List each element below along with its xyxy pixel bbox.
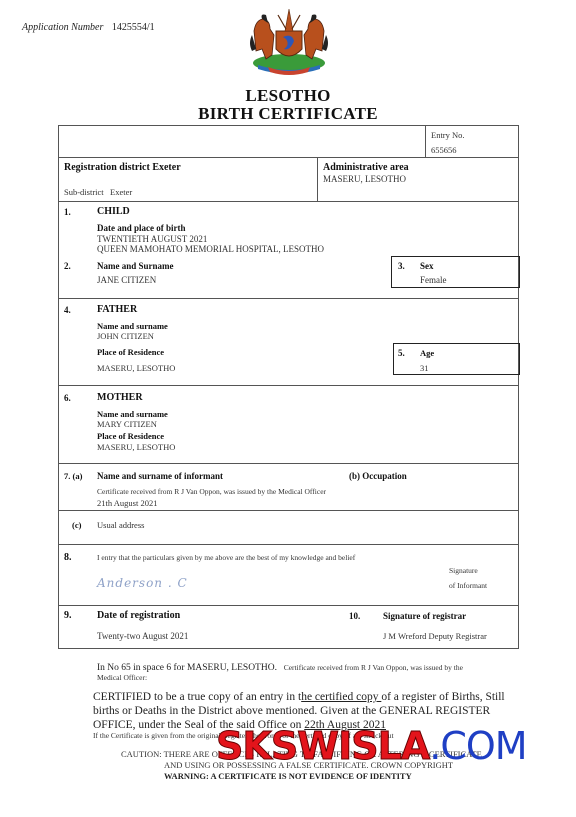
mother-number: 6. (64, 393, 71, 403)
informant-number: 7. (a) (64, 471, 82, 481)
registrar-label: Signature of registrar (383, 611, 466, 621)
registrar-number: 10. (349, 611, 360, 621)
child-name-label: Name and Surname (97, 261, 174, 271)
registration-date-value: Twenty-two August 2021 (97, 631, 188, 641)
entry-value: 655656 (431, 145, 457, 155)
signature-label-1: Signature (449, 566, 478, 575)
declaration-number: 8. (64, 552, 72, 563)
father-residence-label: Place of Residence (97, 347, 164, 357)
document-title: BIRTH CERTIFICATE (0, 104, 576, 124)
age-label: Age (420, 348, 434, 358)
mother-residence-label: Place of Residence (97, 431, 164, 441)
sex-box (391, 256, 520, 288)
sex-value: Female (420, 275, 447, 285)
admin-area-label: Administrative area (323, 162, 409, 173)
signature-label-2: of Informant (449, 581, 487, 590)
mother-heading: MOTHER (97, 392, 143, 403)
sex-label: Sex (420, 261, 434, 271)
watermark: SKSWISLA.COM (216, 724, 527, 768)
father-name-value: JOHN CITIZEN (97, 331, 154, 341)
father-name-label: Name and surname (97, 321, 168, 331)
sex-number: 3. (398, 261, 405, 271)
application-number-value: 1425554/1 (112, 22, 155, 33)
occupation-label: (b) Occupation (349, 471, 407, 481)
informant-value: Certificate received from R J Van Oppon,… (97, 487, 326, 496)
child-heading: CHILD (97, 206, 130, 217)
mother-residence-value: MASERU, LESOTHO (97, 442, 175, 452)
cert-text-1: CERTIFIED to be a true copy of an entry … (93, 691, 301, 703)
registration-date-label: Date of registration (97, 610, 180, 621)
dob-label: Date and place of birth (97, 223, 186, 233)
informant-label: Name and surname of informant (97, 471, 223, 481)
father-number: 4. (64, 305, 71, 315)
father-heading: FATHER (97, 304, 137, 315)
age-value: 31 (420, 363, 429, 373)
footer-note-main: In No 65 in space 6 for MASERU, LESOTHO. (97, 663, 277, 673)
registration-date-number: 9. (64, 610, 72, 621)
registrar-value: J M Wreford Deputy Registrar (383, 631, 487, 641)
subdistrict-label: Sub-district (64, 187, 104, 197)
mother-name-label: Name and surname (97, 409, 168, 419)
footer-note: In No 65 in space 6 for MASERU, LESOTHO.… (97, 662, 463, 673)
registration-district: Registration district Exeter (64, 162, 181, 173)
certificate-form: Entry No. 655656 Registration district E… (58, 125, 519, 649)
age-number: 5. (398, 348, 405, 358)
child-name-value: JANE CITIZEN (97, 275, 156, 285)
informant-signature: Anderson . C (97, 576, 188, 590)
informant-date: 21th August 2021 (97, 498, 157, 508)
admin-area-value: MASERU, LESOTHO (323, 174, 406, 184)
declaration-text: I entry that the particulars given by me… (97, 553, 355, 562)
age-box (393, 343, 520, 375)
footer-note-small-2: Medical Officer: (97, 673, 147, 682)
coat-of-arms-icon (246, 5, 332, 77)
country-title: LESOTHO (0, 86, 576, 106)
name-number: 2. (64, 261, 71, 271)
entry-label: Entry No. (431, 130, 465, 140)
child-number: 1. (64, 207, 71, 217)
application-number-label: Application Number (22, 22, 103, 33)
application-number: Application Number 1425554/1 (22, 22, 155, 33)
watermark-blue: .COM (429, 724, 526, 768)
watermark-red: SKSWISLA (216, 724, 429, 768)
mother-name-value: MARY CITIZEN (97, 419, 157, 429)
address-number: (c) (72, 520, 81, 530)
dob-value: TWENTIETH AUGUST 2021 (97, 234, 207, 244)
subdistrict: Sub-district Exeter (64, 187, 132, 197)
warning-text: WARNING: A CERTIFICATE IS NOT EVIDENCE O… (164, 771, 412, 781)
father-residence-value: MASERU, LESOTHO (97, 363, 175, 373)
usual-address-label: Usual address (97, 520, 144, 530)
footer-note-small: Certificate received from R J Van Oppon,… (284, 663, 463, 672)
subdistrict-value: Exeter (110, 187, 132, 197)
birth-place-value: QUEEN MAMOHATO MEMORIAL HOSPITAL, LESOTH… (97, 244, 324, 254)
cert-text-underlined: he certified copy (301, 691, 381, 703)
